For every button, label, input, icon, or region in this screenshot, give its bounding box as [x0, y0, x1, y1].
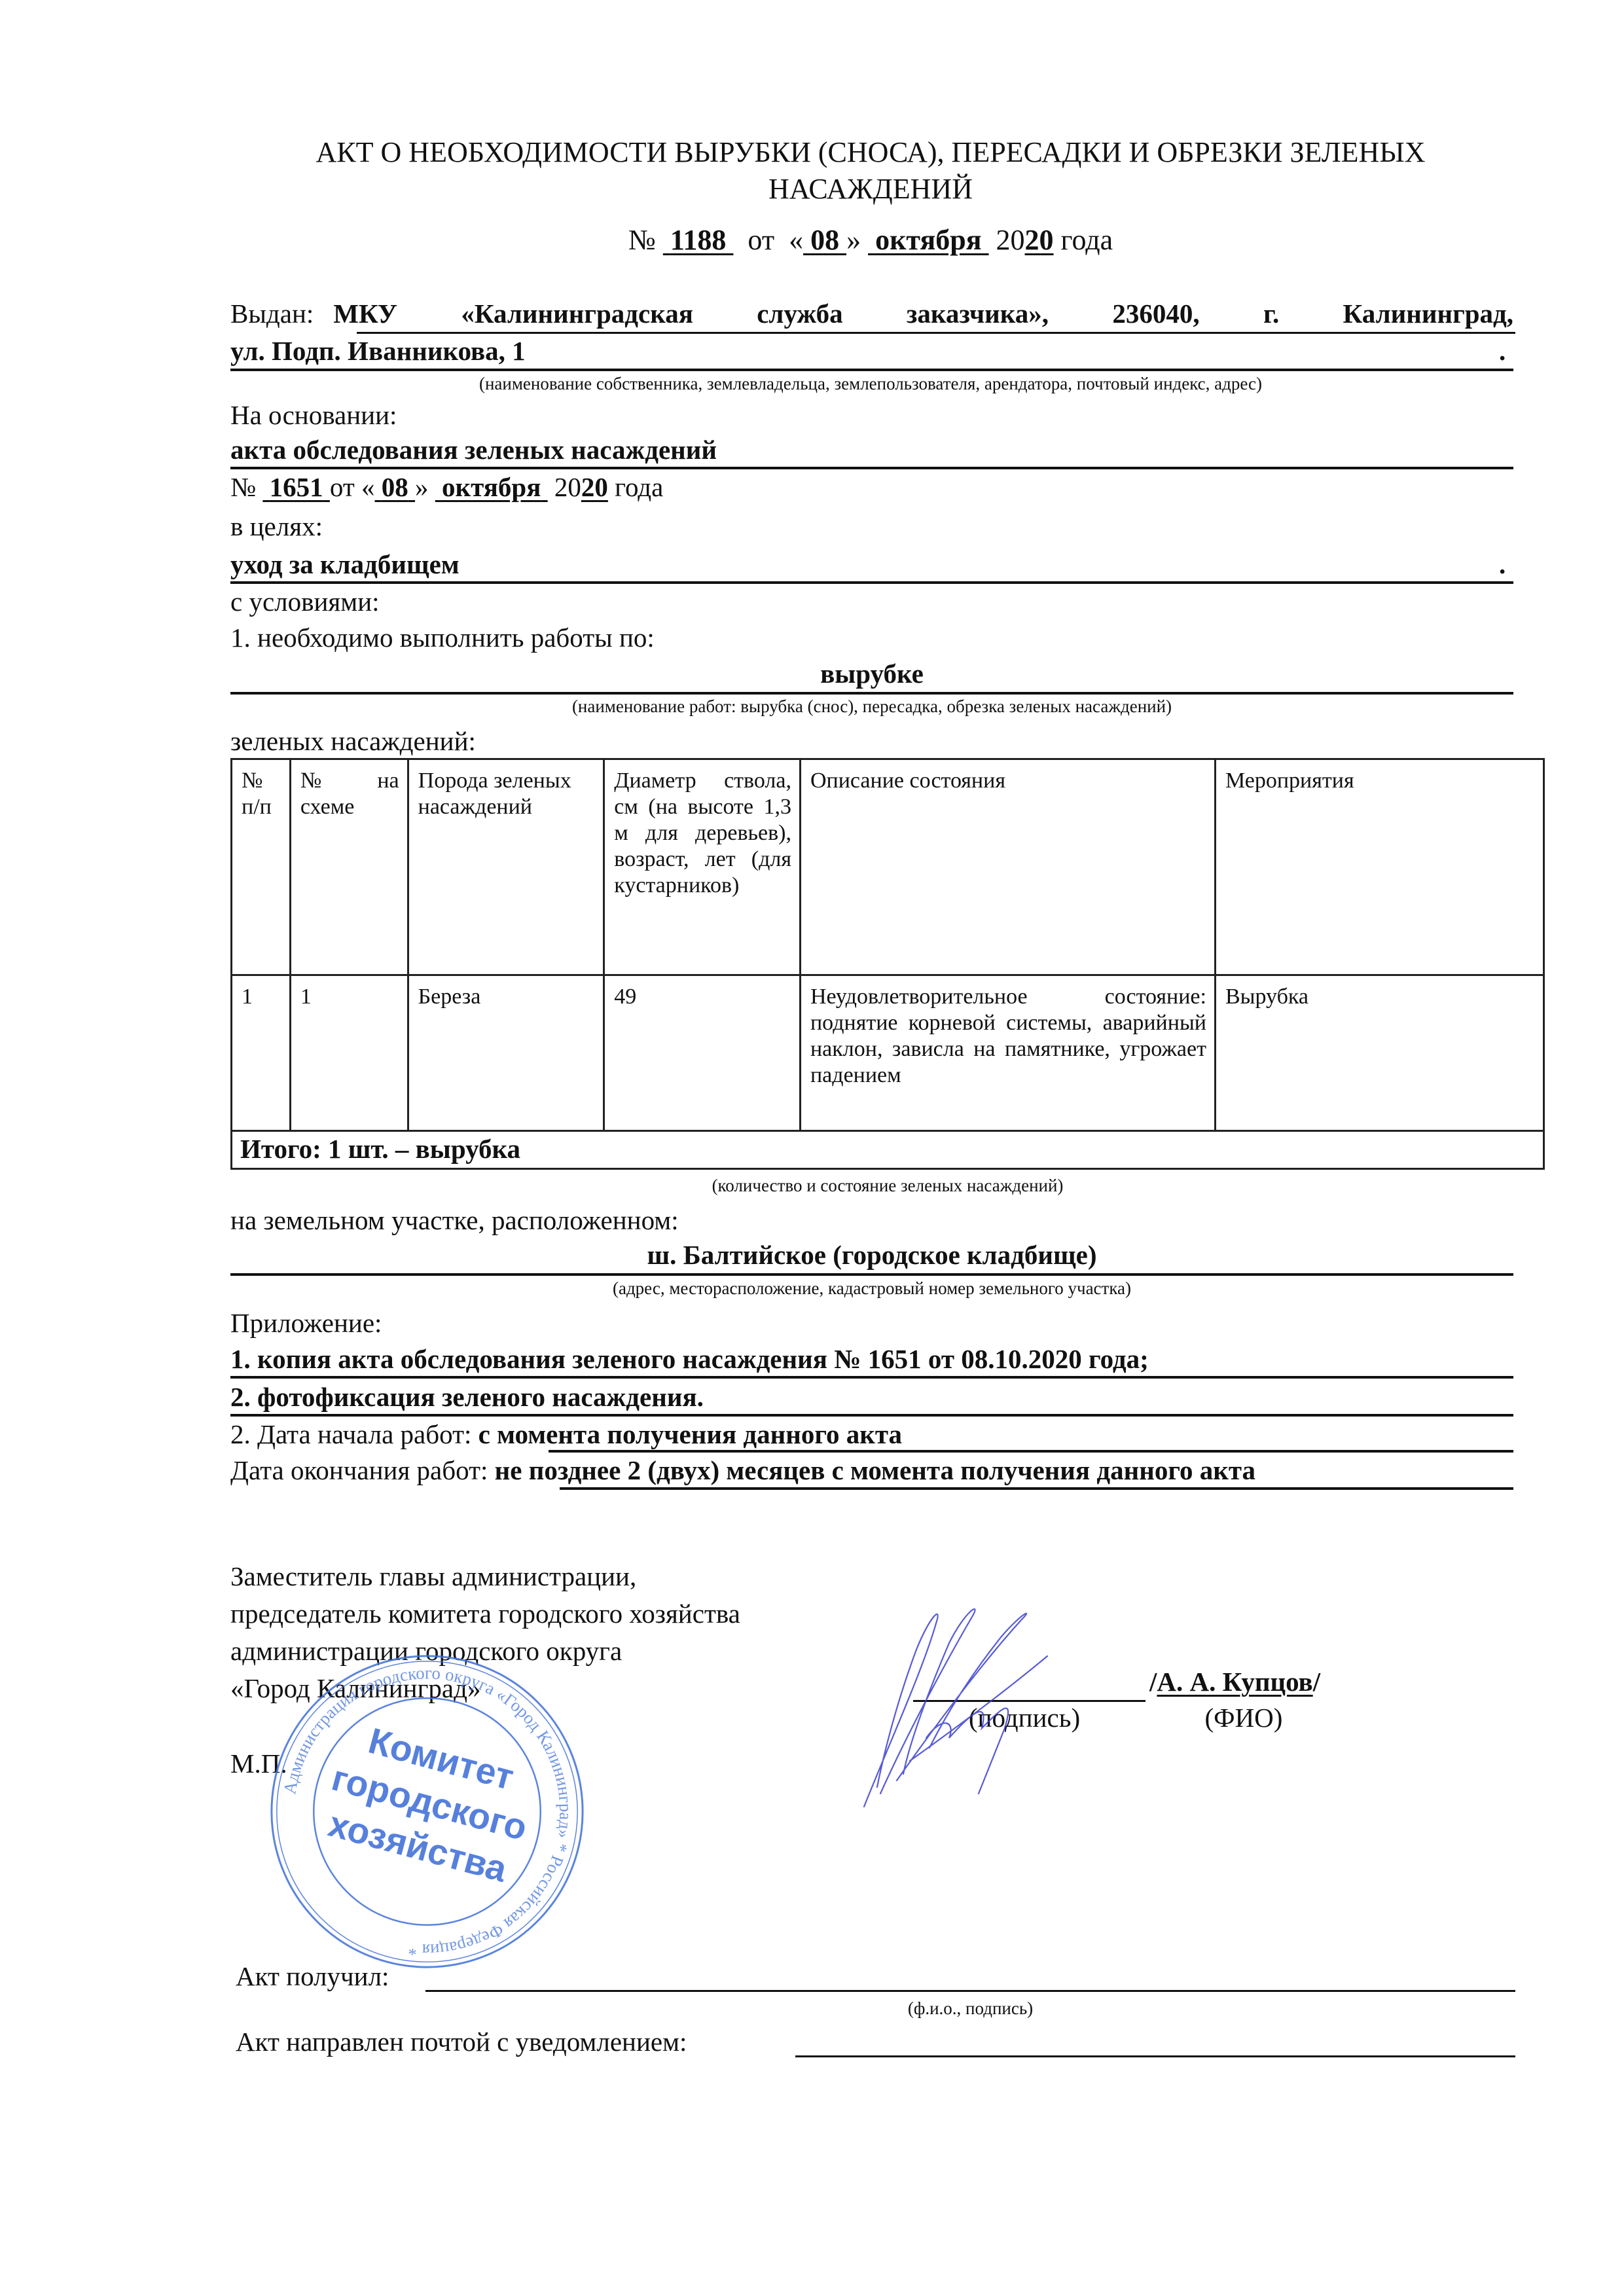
issued-caption: (наименование собственника, землевладель… [223, 373, 1519, 394]
act-number: 1188 [663, 224, 734, 256]
attachments-label: Приложение: [230, 1307, 382, 1339]
cell-species: Береза [408, 975, 604, 1131]
act-month: октября [868, 224, 988, 256]
issued-value-line-1: МКУ «Калининградская служба заказчика», … [333, 298, 1513, 329]
purpose-value: уход за кладбищем [230, 549, 460, 580]
received-label: Акт получил: [236, 1961, 389, 1992]
attachment-underline-2 [230, 1414, 1513, 1417]
issued-underline-1 [357, 332, 1515, 334]
attachment-item-2: 2. фотофиксация зеленого насаждения. [230, 1381, 704, 1413]
start-date-value: с момента получения данного акта [478, 1419, 902, 1449]
table-header-row: № п/п № на схеме Порода зеленых насажден… [232, 759, 1544, 975]
attachment-item-1: 1. копия акта обследования зеленого наса… [230, 1343, 1149, 1375]
issued-line-1: Выдан: МКУ «Калининградская служба заказ… [230, 298, 1513, 329]
conditions-label: с условиями: [230, 586, 380, 617]
conditions-item-1: 1. необходимо выполнить работы по: [230, 622, 655, 653]
basis-underline [230, 467, 1513, 469]
purpose-underline [230, 581, 1513, 584]
received-caption: (ф.и.о., подпись) [425, 1998, 1515, 2019]
basis-month: октября [435, 472, 548, 502]
act-year-suffix: 20 [1025, 224, 1054, 256]
act-day: 08 [803, 224, 846, 256]
year-word: года [1061, 224, 1113, 256]
location-label: на земельном участке, расположенном: [230, 1204, 679, 1236]
plants-table: № п/п № на схеме Порода зеленых насажден… [230, 758, 1545, 1170]
cell-scheme: 1 [290, 975, 408, 1131]
basis-year-suffix: 20 [581, 472, 608, 502]
act-year-prefix: 20 [996, 224, 1025, 256]
basis-number-line: № 1651 от « 08 » октября 2020 года [230, 471, 663, 503]
location-caption: (адрес, месторасположение, кадастровый н… [230, 1278, 1513, 1299]
table-total: Итого: 1 шт. – вырубка [232, 1131, 1544, 1169]
cell-num: 1 [232, 975, 291, 1131]
end-date-underline [560, 1487, 1513, 1490]
basis-number: 1651 [262, 472, 330, 502]
act-number-line: № 1188 от « 08 » октября 2020 года [223, 225, 1519, 256]
title-line-2: НАСАЖДЕНИЙ [223, 171, 1519, 208]
basis-value: акта обследования зеленых насаждений [230, 434, 717, 465]
table-row: 1 1 Береза 49 Неудовлетворительное состо… [232, 975, 1544, 1131]
received-field[interactable] [425, 1990, 1515, 1992]
document-title: АКТ О НЕОБХОДИМОСТИ ВЫРУБКИ (СНОСА), ПЕР… [223, 134, 1519, 208]
plants-label: зеленых насаждений: [230, 725, 476, 757]
issued-value-line-2: ул. Подп. Иванникова, 1 [230, 335, 526, 367]
handwritten-signature-icon [851, 1597, 1152, 1813]
cell-condition: Неудовлетворительное состояние: поднятие… [800, 975, 1215, 1131]
from-label: от [748, 224, 774, 256]
basis-label: На основании: [230, 399, 397, 431]
end-date-line: Дата окончания работ: не позднее 2 (двух… [230, 1455, 1255, 1486]
location-value: ш. Балтийское (городское кладбище) [230, 1239, 1513, 1271]
purpose-label: в целях: [230, 511, 323, 542]
start-date-line: 2. Дата начала работ: с момента получени… [230, 1419, 902, 1450]
start-date-underline [549, 1450, 1513, 1453]
table-total-row: Итого: 1 шт. – вырубка [232, 1131, 1544, 1169]
cell-action: Вырубка [1215, 975, 1543, 1131]
title-line-1: АКТ О НЕОБХОДИМОСТИ ВЫРУБКИ (СНОСА), ПЕР… [223, 134, 1519, 171]
work-type-caption: (наименование работ: вырубка (снос), пер… [230, 696, 1513, 717]
basis-from: от « [330, 472, 375, 502]
header-condition: Описание состояния [800, 759, 1215, 975]
header-scheme: № на схеме [290, 759, 408, 975]
header-num: № п/п [232, 759, 291, 975]
number-sign: № [628, 224, 656, 256]
header-action: Мероприятия [1215, 759, 1543, 975]
end-date-label: Дата окончания работ: [230, 1455, 488, 1485]
work-type-underline [230, 692, 1513, 695]
location-underline [230, 1273, 1513, 1276]
end-date-value: не позднее 2 (двух) месяцев с момента по… [495, 1455, 1255, 1485]
issued-underline-2 [230, 369, 1513, 371]
mailed-field[interactable] [795, 2055, 1515, 2057]
mailed-label: Акт направлен почтой с уведомлением: [236, 2026, 687, 2057]
name-caption: (ФИО) [1178, 1702, 1309, 1733]
signatory-name: /А. А. Купцов/ [1149, 1666, 1320, 1697]
cell-diameter: 49 [604, 975, 801, 1131]
attachment-underline-1 [230, 1376, 1513, 1379]
issued-label: Выдан: [230, 298, 314, 329]
official-stamp-icon: Администрация городского округа «Город К… [265, 1650, 589, 1974]
table-caption: (количество и состояние зеленых насажден… [230, 1175, 1545, 1196]
header-diameter: Диаметр ствола, см (на высоте 1,3 м для … [604, 759, 801, 975]
header-species: Порода зеленых насаждений [408, 759, 604, 975]
start-date-label: 2. Дата начала работ: [230, 1419, 471, 1449]
work-type-value: вырубке [230, 658, 1513, 689]
basis-day: 08 [375, 472, 416, 502]
